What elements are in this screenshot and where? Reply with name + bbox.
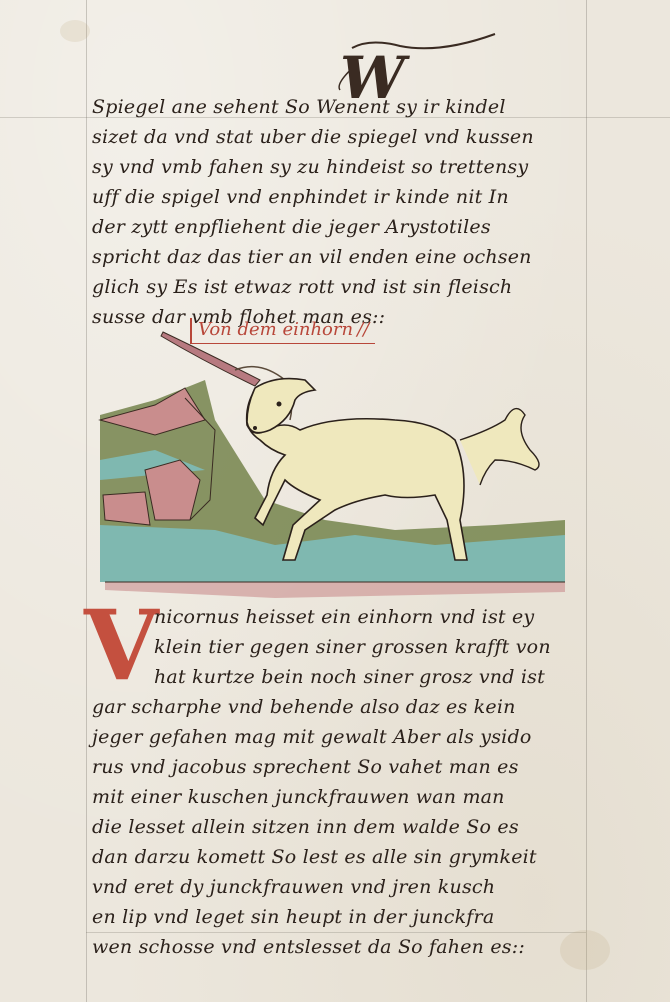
text-line: jeger gefahen mag mit gewalt Aber als ys… [92, 722, 592, 752]
text-line: glich sy Es ist etwaz rott vnd ist sin f… [92, 272, 592, 302]
text-line: vnd eret dy junckfrauwen vnd jren kusch [92, 872, 592, 902]
text-line: dan darzu komett So lest es alle sin gry… [92, 842, 592, 872]
parchment-stain [60, 20, 90, 42]
manuscript-page: W Spiegel ane sehent So Wenent sy ir kin… [0, 0, 670, 1002]
text-line: klein tier gegen siner grossen krafft vo… [92, 632, 592, 662]
text-line: rus vnd jacobus sprechent So vahet man e… [92, 752, 592, 782]
text-line: die lesset allein sitzen inn dem walde S… [92, 812, 592, 842]
text-line: hat kurtze bein noch siner grosz vnd ist [92, 662, 592, 692]
ruling-line-left [86, 0, 87, 1002]
text-line: wen schosse vnd entslesset da So fahen e… [92, 932, 592, 962]
text-line: sy vnd vmb fahen sy zu hindeist so trett… [92, 152, 592, 182]
text-line: mit einer kuschen junckfrauwen wan man [92, 782, 592, 812]
text-line: spricht daz das tier an vil enden eine o… [92, 242, 592, 272]
top-text-block: Spiegel ane sehent So Wenent sy ir kinde… [92, 92, 592, 332]
text-line: en lip vnd leget sin heupt in der junckf… [92, 902, 592, 932]
unicorn-illustration [95, 320, 590, 605]
text-line: gar scharphe vnd behende also daz es kei… [92, 692, 592, 722]
text-line: nicornus heisset ein einhorn vnd ist ey [92, 602, 592, 632]
text-line: uff die spigel vnd enphindet ir kinde ni… [92, 182, 592, 212]
unicorn-icon [95, 320, 590, 605]
bottom-text-block: nicornus heisset ein einhorn vnd ist ey … [92, 602, 592, 962]
text-line: sizet da vnd stat uber die spiegel vnd k… [92, 122, 592, 152]
text-line: Spiegel ane sehent So Wenent sy ir kinde… [92, 92, 592, 122]
text-line: der zytt enpfliehent die jeger Arystotil… [92, 212, 592, 242]
